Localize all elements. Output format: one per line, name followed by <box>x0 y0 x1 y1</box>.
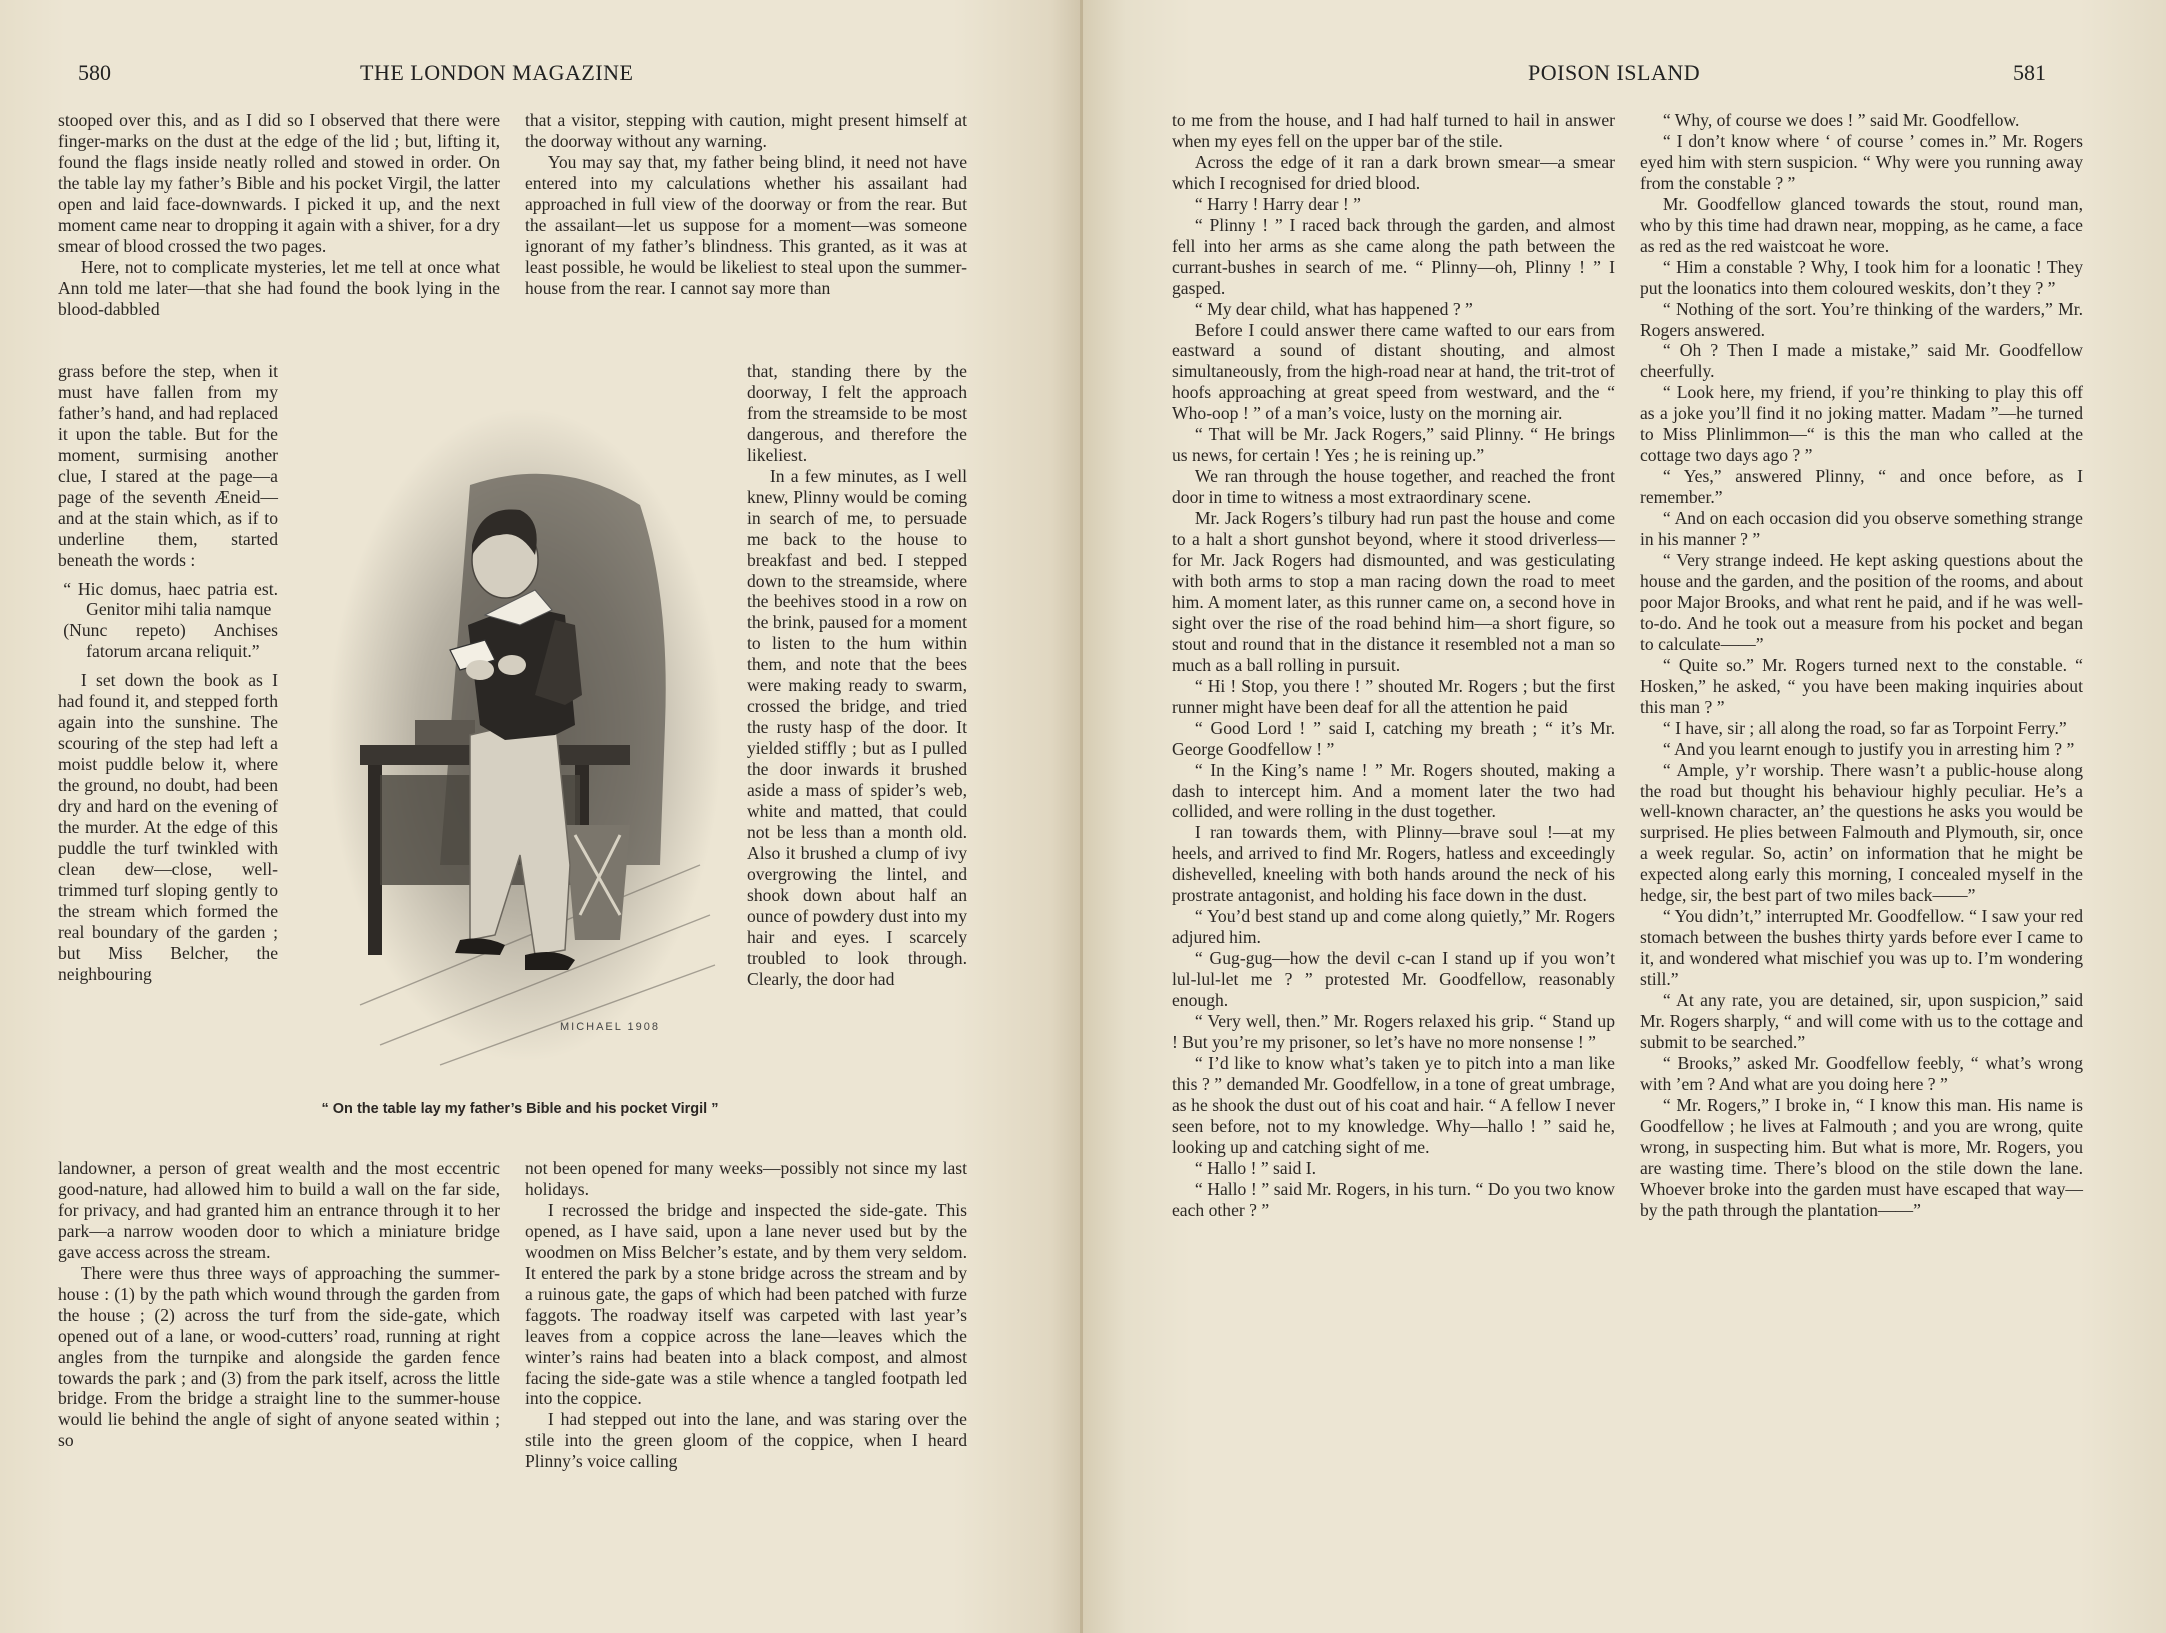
paragraph: landowner, a person of great wealth and … <box>58 1158 500 1263</box>
right-col1: to me from the house, and I had half tur… <box>1172 110 1615 1221</box>
paragraph: stooped over this, and as I did so I obs… <box>58 110 500 257</box>
right-col2: “ Why, of course we does ! ” said Mr. Go… <box>1640 110 2083 1221</box>
paragraph: “ I don’t know where ‘ of course ’ comes… <box>1640 131 2083 194</box>
right-page: POISON ISLAND 581 to me from the house, … <box>1083 0 2166 1633</box>
paragraph: Mr. Goodfellow glanced towards the stout… <box>1640 194 2083 257</box>
paragraph: Here, not to complicate mysteries, let m… <box>58 257 500 320</box>
paragraph: “ Quite so.” Mr. Rogers turned next to t… <box>1640 655 2083 718</box>
paragraph: “ That will be Mr. Jack Rogers,” said Pl… <box>1172 424 1615 466</box>
paragraph: “ Nothing of the sort. You’re thinking o… <box>1640 299 2083 341</box>
verse-line: (Nunc repeto) Anchises fatorum arcana re… <box>58 620 278 662</box>
paragraph: “ Good Lord ! ” said I, catching my brea… <box>1172 718 1615 760</box>
page-number: 580 <box>78 60 111 86</box>
paragraph: In a few minutes, as I well knew, Plinny… <box>747 466 967 990</box>
paragraph: that, standing there by the doorway, I f… <box>747 361 967 466</box>
paragraph: Before I could answer there came wafted … <box>1172 320 1615 425</box>
paragraph: I set down the book as I had found it, a… <box>58 670 278 984</box>
magazine-spread: 580 THE LONDON MAGAZINE stooped over thi… <box>0 0 2166 1633</box>
paragraph: “ Very well, then.” Mr. Rogers relaxed h… <box>1172 1011 1615 1053</box>
paragraph: “ In the King’s name ! ” Mr. Rogers shou… <box>1172 760 1615 823</box>
left-col2-bottom: not been opened for many weeks—possibly … <box>525 1158 967 1472</box>
paragraph: Mr. Jack Rogers’s tilbury had run past t… <box>1172 508 1615 676</box>
boy-reading-book-icon <box>320 395 730 1075</box>
paragraph: not been opened for many weeks—possibly … <box>525 1158 967 1200</box>
paragraph: I had stepped out into the lane, and was… <box>525 1409 967 1472</box>
paragraph: “ Yes,” answered Plinny, “ and once befo… <box>1640 466 2083 508</box>
running-head: POISON ISLAND <box>1528 60 1700 86</box>
paragraph: “ Ample, y’r worship. There wasn’t a pub… <box>1640 760 2083 907</box>
paragraph: “ Plinny ! ” I raced back through the ga… <box>1172 215 1615 299</box>
paragraph: “ At any rate, you are detained, sir, up… <box>1640 990 2083 1053</box>
verse-line: “ Hic domus, haec patria est. Genitor mi… <box>58 579 278 621</box>
paragraph: “ Look here, my friend, if you’re thinki… <box>1640 382 2083 466</box>
left-col1-top: stooped over this, and as I did so I obs… <box>58 110 500 320</box>
paragraph: Across the edge of it ran a dark brown s… <box>1172 152 1615 194</box>
left-col1-bottom: landowner, a person of great wealth and … <box>58 1158 500 1451</box>
paragraph: “ Hi ! Stop, you there ! ” shouted Mr. R… <box>1172 676 1615 718</box>
paragraph: “ Gug-gug—how the devil c-can I stand up… <box>1172 948 1615 1011</box>
paragraph: I recrossed the bridge and inspected the… <box>525 1200 967 1410</box>
paragraph: grass before the step, when it must have… <box>58 361 278 571</box>
paragraph: “ And on each occasion did you observe s… <box>1640 508 2083 550</box>
paragraph: that a visitor, stepping with caution, m… <box>525 110 967 152</box>
left-col1-narrow: grass before the step, when it must have… <box>58 361 278 985</box>
paragraph: “ I have, sir ; all along the road, so f… <box>1640 718 2083 739</box>
paragraph: “ Harry ! Harry dear ! ” <box>1172 194 1615 215</box>
paragraph: We ran through the house together, and r… <box>1172 466 1615 508</box>
paragraph: You may say that, my father being blind,… <box>525 152 967 299</box>
paragraph: “ Hallo ! ” said I. <box>1172 1158 1615 1179</box>
paragraph: to me from the house, and I had half tur… <box>1172 110 1615 152</box>
illustration-boy-reading: MICHAEL 1908 <box>320 395 730 1075</box>
paragraph: “ Very strange indeed. He kept asking qu… <box>1640 550 2083 655</box>
artist-signature: MICHAEL 1908 <box>560 1021 660 1033</box>
paragraph: “ You didn’t,” interrupted Mr. Goodfello… <box>1640 906 2083 990</box>
paragraph: “ Oh ? Then I made a mistake,” said Mr. … <box>1640 340 2083 382</box>
paragraph: “ I’d like to know what’s taken ye to pi… <box>1172 1053 1615 1158</box>
paragraph: “ Hallo ! ” said Mr. Rogers, in his turn… <box>1172 1179 1615 1221</box>
paragraph: There were thus three ways of approachin… <box>58 1263 500 1452</box>
running-head: THE LONDON MAGAZINE <box>360 60 633 86</box>
left-col2-top: that a visitor, stepping with caution, m… <box>525 110 967 299</box>
paragraph: “ And you learnt enough to justify you i… <box>1640 739 2083 760</box>
paragraph: “ You’d best stand up and come along qui… <box>1172 906 1615 948</box>
page-number: 581 <box>2013 60 2046 86</box>
paragraph: “ Mr. Rogers,” I broke in, “ I know this… <box>1640 1095 2083 1221</box>
left-page: 580 THE LONDON MAGAZINE stooped over thi… <box>0 0 1083 1633</box>
illustration-caption: “ On the table lay my father’s Bible and… <box>310 1100 730 1118</box>
latin-verse: “ Hic domus, haec patria est. Genitor mi… <box>58 579 278 663</box>
paragraph: “ My dear child, what has happened ? ” <box>1172 299 1615 320</box>
paragraph: “ Him a constable ? Why, I took him for … <box>1640 257 2083 299</box>
paragraph: “ Brooks,” asked Mr. Goodfellow feebly, … <box>1640 1053 2083 1095</box>
left-col2-narrow: that, standing there by the doorway, I f… <box>747 361 967 990</box>
paragraph: I ran towards them, with Plinny—brave so… <box>1172 822 1615 906</box>
paragraph: “ Why, of course we does ! ” said Mr. Go… <box>1640 110 2083 131</box>
